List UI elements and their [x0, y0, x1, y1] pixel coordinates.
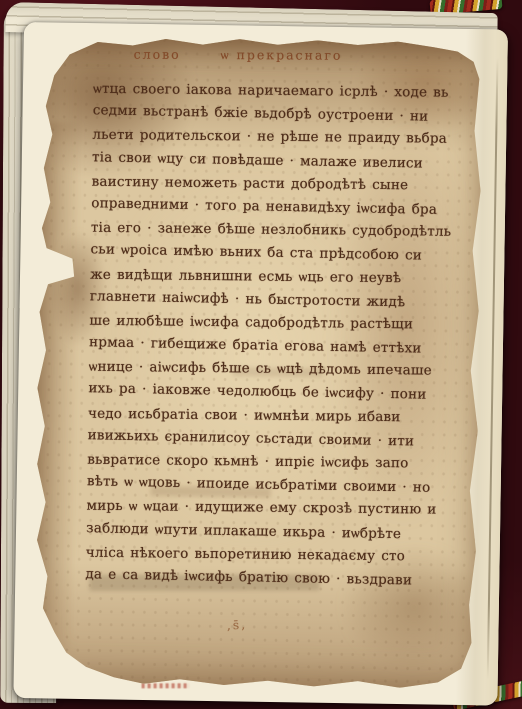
manuscript-leaf: слово ѡ прекраснаго ѡтца своего іакова н…: [28, 32, 490, 689]
leaf-edge-shading: [28, 32, 490, 689]
red-ink-smudge: [142, 683, 190, 688]
manuscript-photo: слово ѡ прекраснаго ѡтца своего іакова н…: [0, 0, 522, 709]
